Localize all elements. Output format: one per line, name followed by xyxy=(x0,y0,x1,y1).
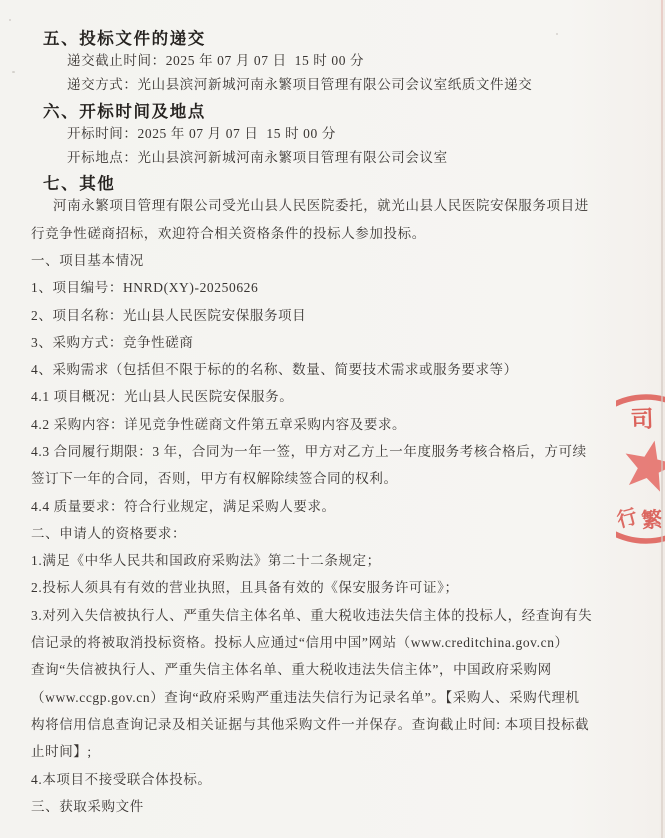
text-line: 4.1 项目概况：光山县人民医院安保服务。 xyxy=(0,389,665,416)
text-line: 2、项目名称：光山县人民医院安保服务项目 xyxy=(0,308,665,335)
text-line: 止时间】; xyxy=(0,744,665,771)
text-line: 4.2 采购内容：详见竞争性磋商文件第五章采购内容及要求。 xyxy=(0,417,665,444)
text-line: 河南永繁项目管理有限公司受光山县人民医院委托，就光山县人民医院安保服务项目进 xyxy=(0,198,665,225)
text-line: 3.对列入失信被执行人、严重失信主体名单、重大税收违法失信主体的投标人，经查询有… xyxy=(0,608,665,635)
company-seal: 司 行 繁 xyxy=(616,389,665,547)
text-line: 递交截止时间：2025 年 07 月 07 日 15 时 00 分 xyxy=(0,53,665,77)
text-line: 七、其他 xyxy=(0,174,665,198)
text-line: 开标时间：2025 年 07 月 07 日 15 时 00 分 xyxy=(0,126,665,150)
text-line: 1.满足《中华人民共和国政府采购法》第二十二条规定； xyxy=(0,553,665,580)
text-line: 查询“失信被执行人、严重失信主体名单、重大税收违法失信主体”，中国政府采购网 xyxy=(0,662,665,689)
text-line: 五、投标文件的递交 xyxy=(0,29,665,53)
text-line: 构将信用信息查询记录及相关证据与其他采购文件一并保存。查询截止时间: 本项目投标… xyxy=(0,717,665,744)
text-line: 二、申请人的资格要求： xyxy=(0,526,665,553)
document-body: 五、投标文件的递交递交截止时间：2025 年 07 月 07 日 15 时 00… xyxy=(0,0,665,826)
seal-character-bottom-left: 行 xyxy=(616,504,640,532)
text-line: （www.ccgp.gov.cn）查询“政府采购严重违法失信行为记录名单”。【采… xyxy=(0,690,665,717)
text-line: 行竞争性磋商招标，欢迎符合相关资格条件的投标人参加投标。 xyxy=(0,226,665,253)
document-page: 五、投标文件的递交递交截止时间：2025 年 07 月 07 日 15 时 00… xyxy=(0,0,665,838)
text-line: 4.4 质量要求：符合行业规定，满足采购人要求。 xyxy=(0,499,665,526)
text-line: 六、开标时间及地点 xyxy=(0,102,665,126)
text-line: 3、采购方式：竞争性磋商 xyxy=(0,335,665,362)
text-line: 4、采购需求（包括但不限于标的的名称、数量、简要技术需求或服务要求等） xyxy=(0,362,665,389)
text-line: 4.本项目不接受联合体投标。 xyxy=(0,772,665,799)
text-line: 一、项目基本情况 xyxy=(0,253,665,280)
text-line: 递交方式：光山县滨河新城河南永繁项目管理有限公司会议室纸质文件递交 xyxy=(0,77,665,101)
seal-star-icon xyxy=(619,435,665,493)
seal-character-bottom-right: 繁 xyxy=(641,507,664,532)
text-line: 三、获取采购文件 xyxy=(0,799,665,826)
text-line: 1、项目编号：HNRD(XY)-20250626 xyxy=(0,280,665,307)
text-line: 信记录的将被取消投标资格。投标人应通过“信用中国”网站（www.creditch… xyxy=(0,635,665,662)
scan-speck xyxy=(12,71,15,73)
scan-speck xyxy=(9,19,11,21)
scan-speck xyxy=(556,33,558,35)
seal-graphic: 司 行 繁 xyxy=(616,389,665,547)
scan-edge-line xyxy=(661,0,663,838)
text-line: 开标地点：光山县滨河新城河南永繁项目管理有限公司会议室 xyxy=(0,150,665,174)
seal-character-top: 司 xyxy=(630,407,654,433)
text-line: 4.3 合同履行期限：3 年，合同为一年一签，甲方对乙方上一年度服务考核合格后，… xyxy=(0,444,665,471)
text-line: 签订下一年的合同，否则，甲方有权解除续签合同的权利。 xyxy=(0,471,665,498)
text-line: 2.投标人须具有有效的营业执照，且具备有效的《保安服务许可证》； xyxy=(0,580,665,607)
